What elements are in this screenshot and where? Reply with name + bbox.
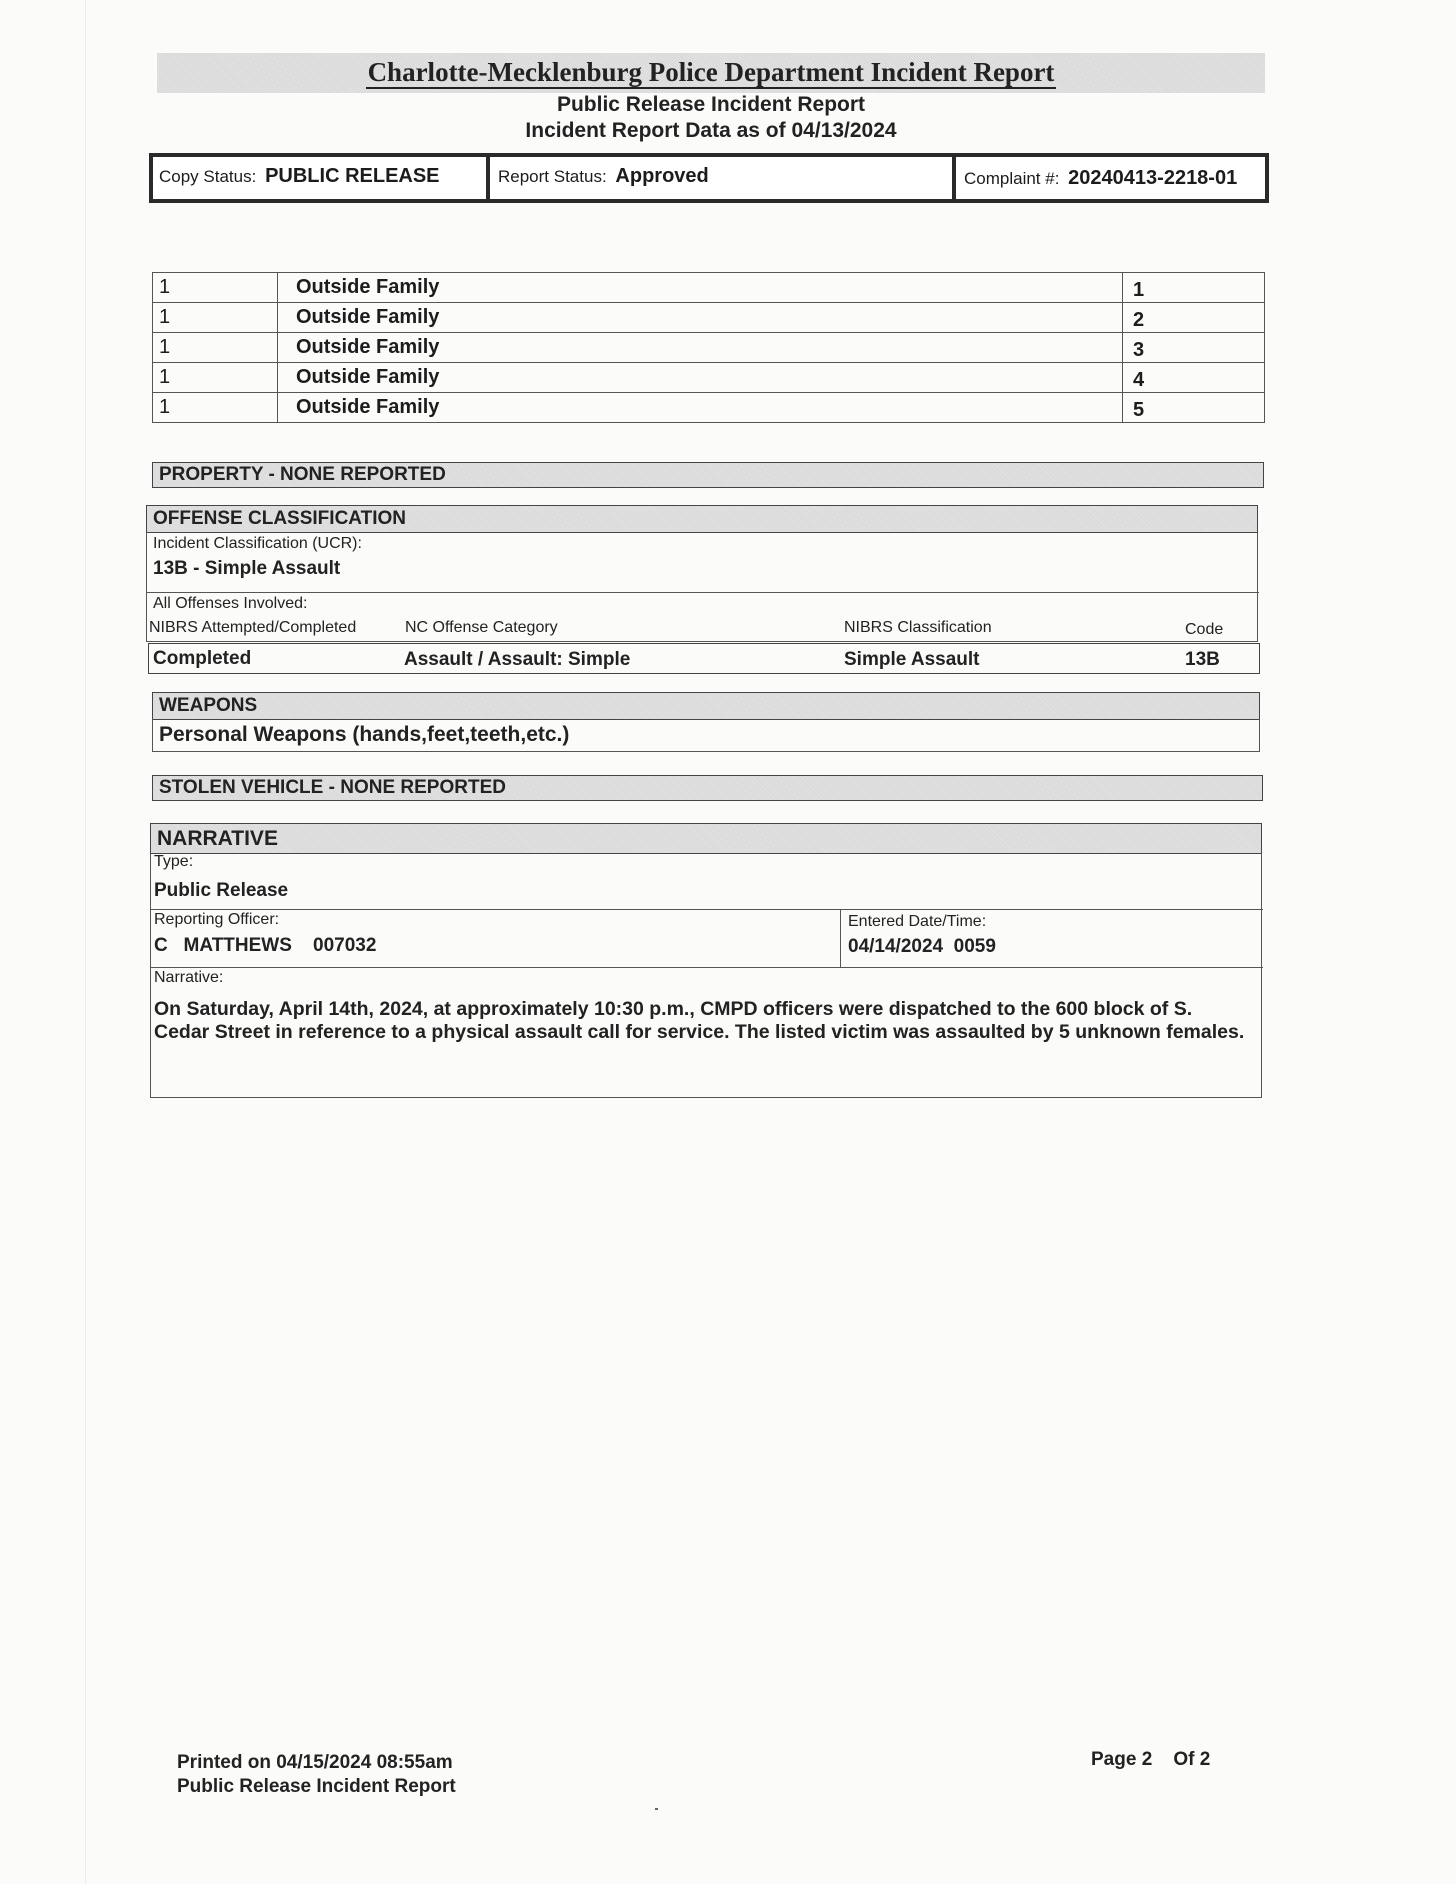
subject-number: 4 (1123, 363, 1265, 393)
offense-code: 13B (1185, 649, 1220, 671)
page-number: 2 (1142, 1749, 1153, 1770)
copy-status-cell: Copy Status: PUBLIC RELEASE (153, 157, 486, 199)
officer-entered-divider (840, 910, 841, 967)
subject-relationship: Outside Family (278, 333, 1123, 363)
subject-relationship: Outside Family (278, 393, 1123, 423)
reporting-officer-label: Reporting Officer: (154, 911, 279, 929)
page-indicator: Page 2 Of 2 (1091, 1749, 1210, 1771)
report-status-label: Report Status: (498, 167, 607, 186)
status-box: Copy Status: PUBLIC RELEASE Report Statu… (149, 153, 1269, 203)
copy-status-value: PUBLIC RELEASE (265, 165, 439, 187)
scan-speck (655, 1808, 658, 1810)
complaint-label: Complaint #: (964, 169, 1059, 188)
ucr-divider (147, 592, 1259, 593)
of-label: Of (1173, 1749, 1194, 1770)
entered-datetime-label: Entered Date/Time: (848, 913, 986, 931)
subject-row: 1Outside Family4 (153, 363, 1265, 393)
page-label: Page (1091, 1749, 1136, 1770)
col-attempted-completed: NIBRS Attempted/Completed (149, 619, 356, 637)
col-nibrs-classification: NIBRS Classification (844, 619, 992, 637)
page-total: 2 (1200, 1749, 1211, 1770)
copy-status-label: Copy Status: (159, 167, 256, 186)
subject-row: 1Outside Family3 (153, 333, 1265, 363)
subject-row: 1Outside Family1 (153, 273, 1265, 303)
col-code: Code (1185, 621, 1223, 639)
subject-number: 5 (1123, 393, 1265, 423)
data-as-of: Incident Report Data as of 04/13/2024 (157, 119, 1265, 143)
offense-row: Completed Assault / Assault: Simple Simp… (148, 643, 1260, 674)
officer-divider (151, 967, 1263, 968)
offense-attempted-completed: Completed (153, 648, 251, 670)
footer-report-name: Public Release Incident Report (177, 1776, 456, 1798)
ucr-label: Incident Classification (UCR): (153, 535, 362, 553)
subject-number: 3 (1123, 333, 1265, 363)
narrative-section-header: NARRATIVE (150, 823, 1262, 854)
subject-relationship: Outside Family (278, 273, 1123, 303)
col-nc-offense-category: NC Offense Category (405, 619, 558, 637)
subject-relationship: Outside Family (278, 363, 1123, 393)
narrative-box: Type: Public Release Reporting Officer: … (150, 853, 1262, 1098)
subject-row: 1Outside Family5 (153, 393, 1265, 423)
reporting-officer-value: C MATTHEWS 007032 (154, 935, 376, 957)
agency-title: Charlotte-Mecklenburg Police Department … (157, 55, 1265, 89)
report-status-cell: Report Status: Approved (486, 157, 952, 199)
weapon-value: Personal Weapons (hands,feet,teeth,etc.) (159, 723, 569, 747)
subject-col1: 1 (153, 333, 278, 363)
stolen-vehicle-section-bar: STOLEN VEHICLE - NONE REPORTED (152, 775, 1263, 801)
complaint-cell: Complaint #: 20240413-2218-01 (952, 157, 1265, 199)
entered-datetime-value: 04/14/2024 0059 (848, 936, 996, 958)
subject-col1: 1 (153, 303, 278, 333)
narrative-text: On Saturday, April 14th, 2024, at approx… (154, 998, 1249, 1044)
narrative-type-label: Type: (154, 853, 193, 871)
subject-row: 1Outside Family2 (153, 303, 1265, 333)
complaint-number: 20240413-2218-01 (1068, 167, 1237, 189)
report-subtitle: Public Release Incident Report (157, 93, 1265, 117)
printed-on: Printed on 04/15/2024 08:55am (177, 1752, 453, 1774)
type-divider (151, 909, 1263, 910)
subject-relationship: Outside Family (278, 303, 1123, 333)
subject-col1: 1 (153, 393, 278, 423)
scan-edge-artifact (85, 0, 86, 1884)
property-section-bar: PROPERTY - NONE REPORTED (152, 462, 1264, 488)
subject-col1: 1 (153, 273, 278, 303)
weapons-box: Personal Weapons (hands,feet,teeth,etc.) (152, 719, 1260, 752)
subject-number: 1 (1123, 273, 1265, 303)
offense-nc-category: Assault / Assault: Simple (404, 649, 630, 671)
weapons-section-header: WEAPONS (152, 692, 1260, 720)
report-status-value: Approved (615, 165, 708, 187)
subject-col1: 1 (153, 363, 278, 393)
offense-classification-box: Incident Classification (UCR): 13B - Sim… (146, 532, 1258, 642)
subjects-table: 1Outside Family11Outside Family21Outside… (152, 272, 1265, 423)
narrative-label: Narrative: (154, 969, 223, 987)
subject-number: 2 (1123, 303, 1265, 333)
offense-section-header: OFFENSE CLASSIFICATION (146, 505, 1258, 533)
offense-nibrs-classification: Simple Assault (844, 649, 980, 671)
narrative-type-value: Public Release (154, 880, 288, 902)
all-offenses-label: All Offenses Involved: (153, 595, 307, 613)
ucr-value: 13B - Simple Assault (153, 558, 340, 580)
